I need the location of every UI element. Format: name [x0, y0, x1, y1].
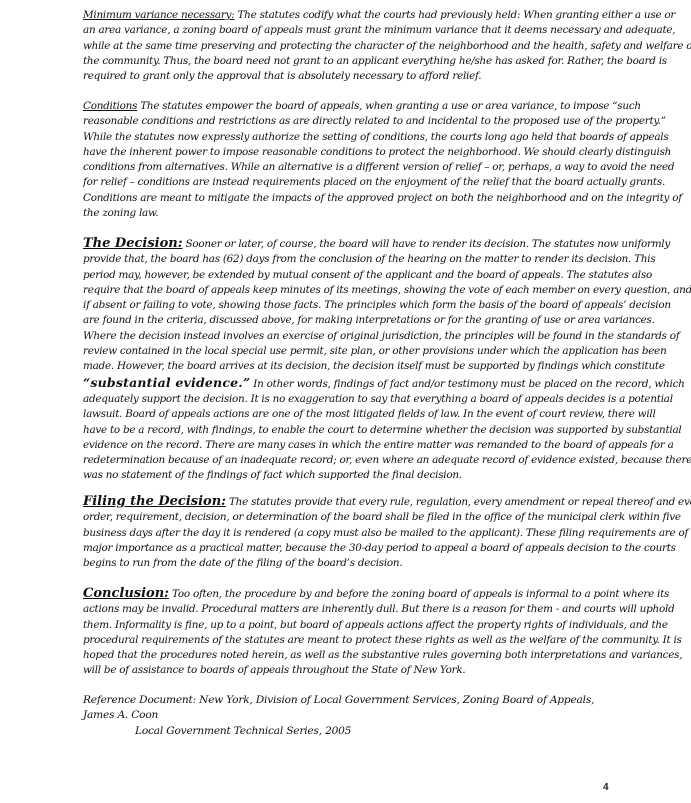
section-heading: The Decision: — [83, 236, 183, 251]
paragraph-minimum-variance: Minimum variance necessary: The statutes… — [83, 8, 612, 84]
section-heading: Filing the Decision: — [83, 494, 226, 509]
reference-line-2: Local Government Technical Series, 2005 — [83, 724, 612, 739]
emphasis-substantial-evidence: “substantial evidence.” — [83, 375, 250, 390]
section-heading: Minimum variance necessary: — [83, 9, 234, 21]
section-conditions: Conditions The statutes empower the boar… — [83, 99, 612, 221]
section-minimum-variance: Minimum variance necessary: The statutes… — [83, 8, 612, 84]
section-conclusion: Conclusion: Too often, the procedure by … — [83, 586, 612, 679]
page-number: 4 — [603, 782, 609, 793]
reference-citation: Reference Document: New York, Division o… — [83, 693, 612, 739]
paragraph-conditions: Conditions The statutes empower the boar… — [83, 99, 612, 221]
reference-line-1: Reference Document: New York, Division o… — [83, 693, 612, 724]
paragraph-conclusion: Conclusion: Too often, the procedure by … — [83, 586, 612, 679]
paragraph-filing-the-decision: Filing the Decision: The statutes provid… — [83, 494, 612, 571]
section-the-decision: The Decision: Sooner or later, of course… — [83, 236, 612, 484]
section-filing-the-decision: Filing the Decision: The statutes provid… — [83, 494, 612, 571]
section-heading: Conclusion: — [83, 586, 169, 601]
paragraph-the-decision: The Decision: Sooner or later, of course… — [83, 236, 612, 484]
section-heading: Conditions — [83, 100, 137, 112]
